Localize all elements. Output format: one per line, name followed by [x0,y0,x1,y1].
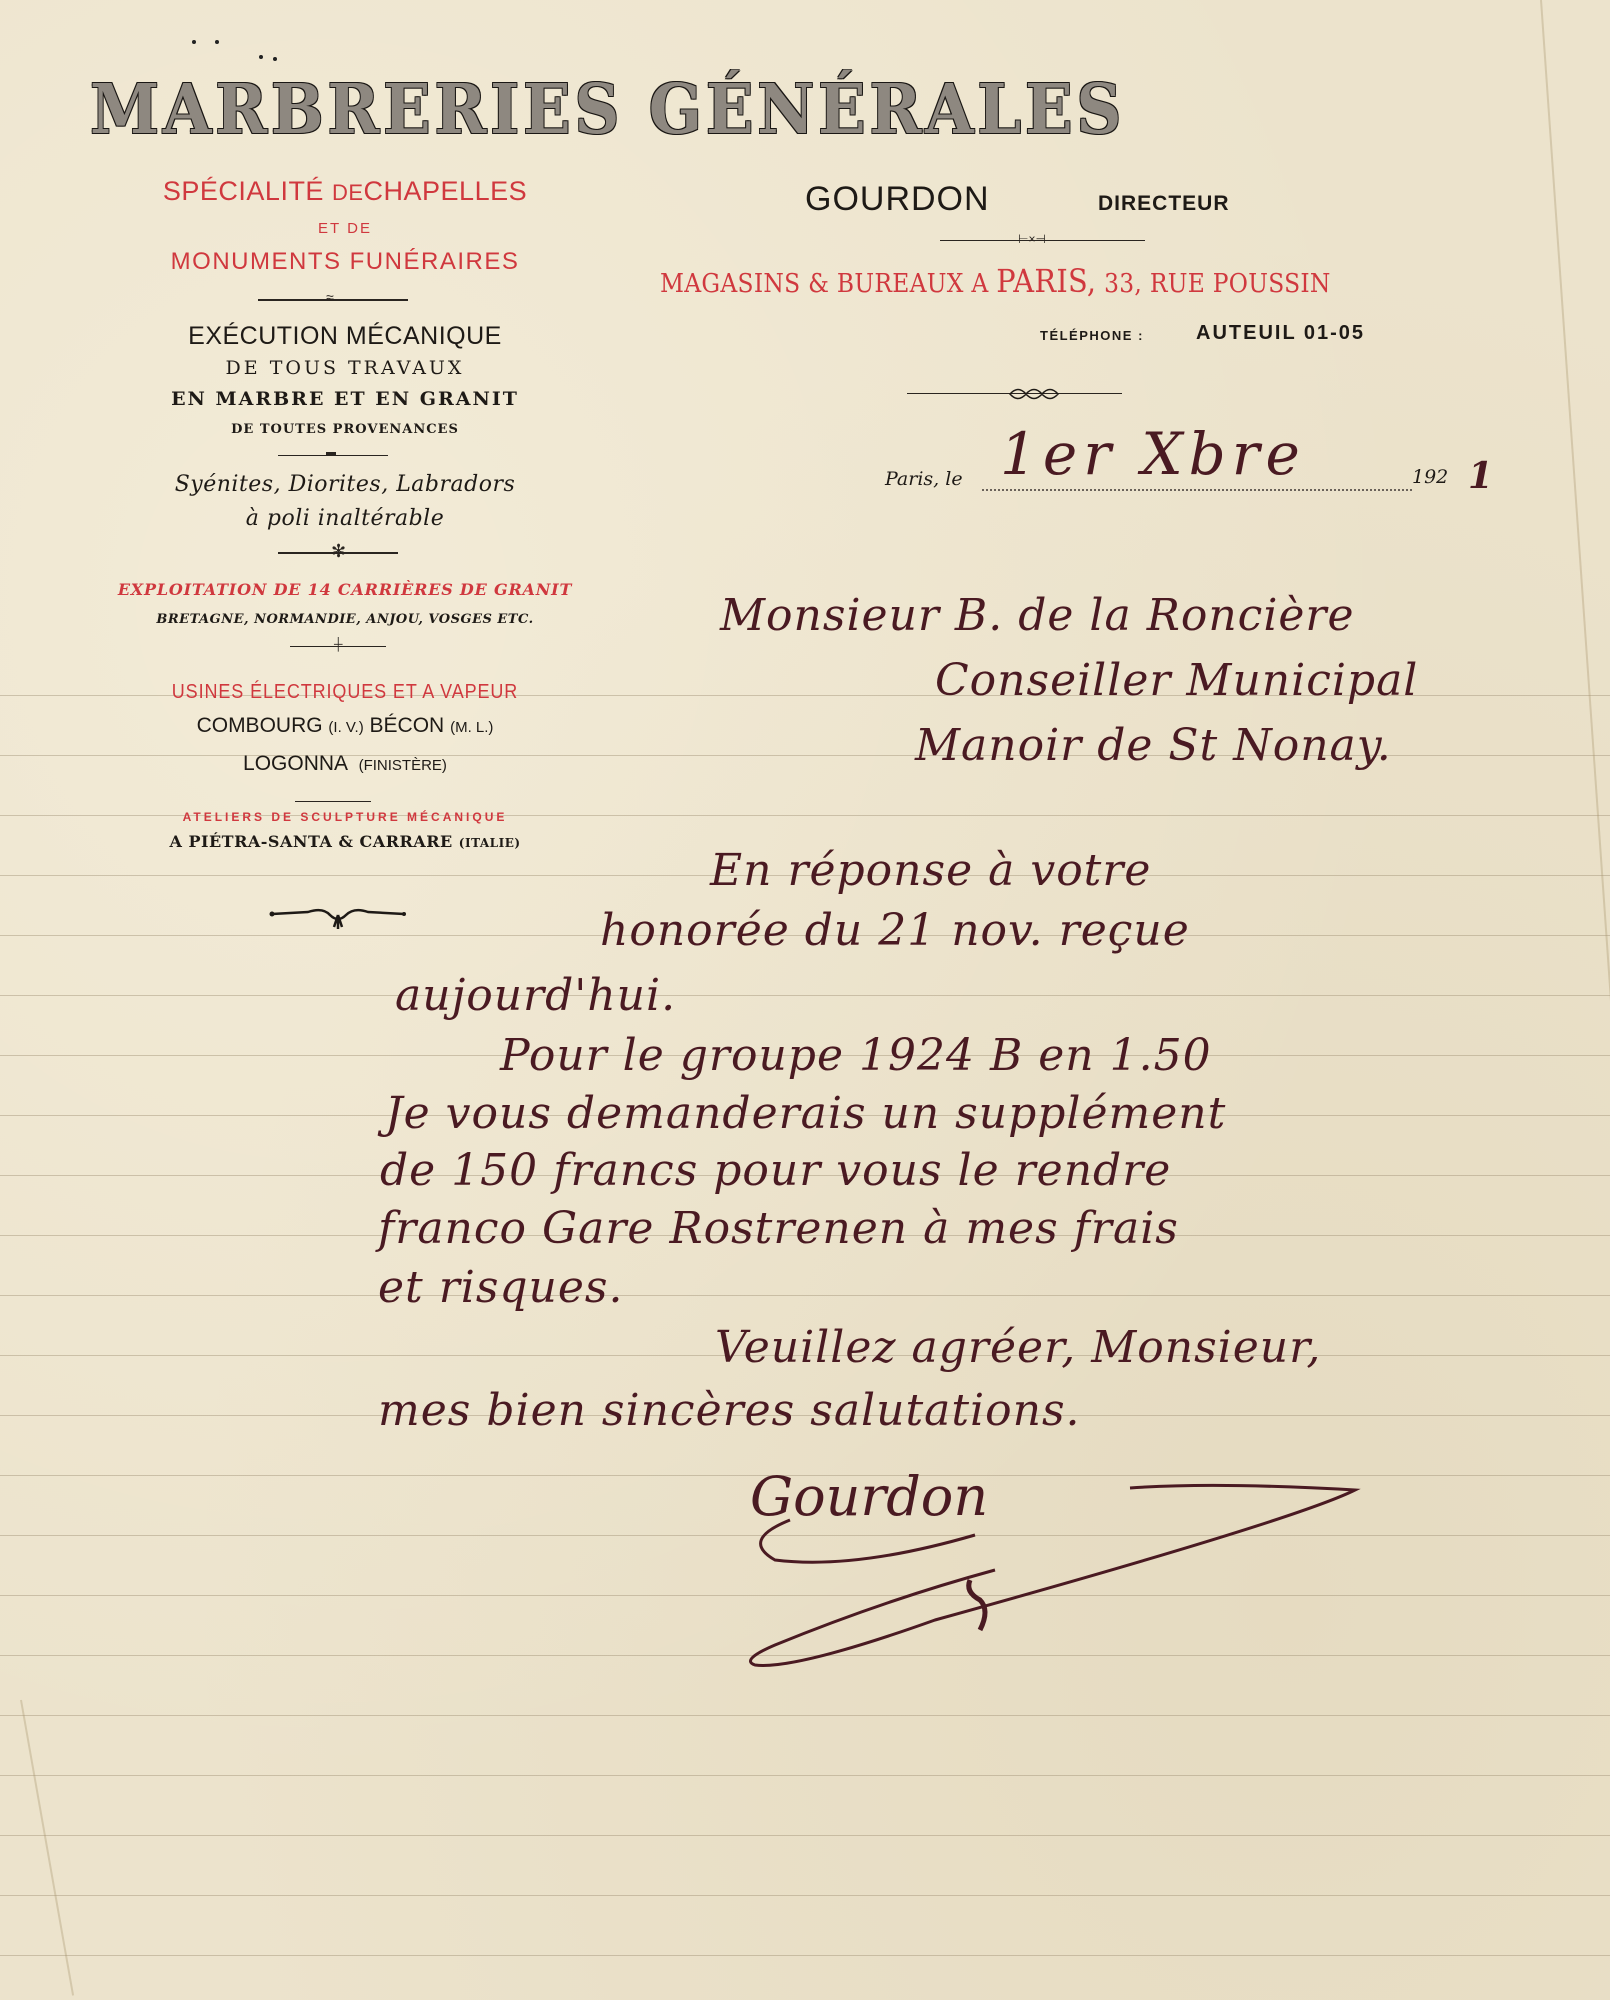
recipient-line: Monsieur B. de la Roncière [720,590,1355,641]
specialite-de: DE [332,180,364,205]
knot-ornament-icon [1008,385,1060,403]
date-year-printed: 192 [1412,466,1448,488]
et-de-line: ET DE [95,220,595,237]
syenites-line: Syénites, Diorites, Labradors [95,472,595,497]
address-city: PARIS, [996,262,1096,300]
combourg-line: COMBOURG (I. V.) BÉCON (M. L.) [95,714,595,738]
date-label: Paris, le [885,468,963,490]
date-handwritten: 1er Xbre [1000,420,1306,488]
poli-line: à poli inaltérable [95,506,595,531]
ateliers-line: ATELIERS DE SCULPTURE MÉCANIQUE [95,810,595,824]
tous-travaux-line: DE TOUS TRAVAUX [95,357,595,379]
becon-town: BÉCON [370,714,445,737]
monuments-line: MONUMENTS FUNÉRAIRES [95,248,595,276]
pietra-line: A PIÉTRA-SANTA & CARRARE (ITALIE) [95,832,595,851]
date-year-handwritten: 1 [1468,455,1493,497]
specialite-line: SPÉCIALITÉ DECHAPELLES [95,176,595,207]
marbre-granit-line: EN MARBRE ET EN GRANIT [95,388,595,410]
recipient-line: Conseiller Municipal [935,655,1418,706]
recipient-line: Manoir de St Nonay. [915,720,1392,771]
ornament-divider [295,801,371,802]
body-line: Je vous demanderais un supplément [385,1088,1226,1139]
body-line: honorée du 21 nov. reçue [600,905,1190,956]
becon-dept: (M. L.) [450,719,493,736]
asterisk-ornament-icon: ✻ [331,542,346,560]
exploitation-line: EXPLOITATION DE 14 CARRIÈRES DE GRANIT [95,580,595,599]
company-name: MARBRERIES GÉNÉRALES [90,70,1378,150]
ornament-mark-icon: ▬ [326,448,336,458]
address-street: 33, RUE POUSSIN [1104,269,1331,299]
telephone-value: AUTEUIL 01-05 [1196,322,1365,345]
cross-ornament-icon: ┼ [334,638,343,650]
logonna-dept: (FINISTÈRE) [359,757,447,774]
pietra-country: (ITALIE) [459,836,521,850]
logonna-town: LOGONNA [243,752,347,775]
address-prefix: MAGASINS & BUREAUX A [660,269,989,299]
body-line: mes bien sincères salutations. [378,1385,1081,1436]
logonna-line: LOGONNA (FINISTÈRE) [95,752,595,776]
execution-line: EXÉCUTION MÉCANIQUE [95,322,595,351]
date-dotted-line [982,489,1412,491]
provenances-line: DE TOUTES PROVENANCES [95,422,595,437]
body-line: Veuillez agréer, Monsieur, [715,1322,1321,1373]
body-line: aujourd'hui. [395,970,676,1021]
address-line: MAGASINS & BUREAUX A PARIS, 33, RUE POUS… [660,262,1331,300]
director-title: DIRECTEUR [1098,192,1230,216]
combourg-town: COMBOURG [197,714,323,737]
body-line: En réponse à votre [710,845,1151,896]
body-line: de 150 francs pour vous le rendre [380,1145,1171,1196]
specialite-chapelles: CHAPELLES [364,176,528,206]
flourish-ornament-icon [268,905,408,933]
specialite-word: SPÉCIALITÉ [163,176,324,206]
paper-fold [1540,0,1610,1995]
usines-line: USINES ÉLECTRIQUES ET A VAPEUR [120,681,570,704]
pietra-text: A PIÉTRA-SANTA & CARRARE [169,832,452,851]
body-line: Pour le groupe 1924 B en 1.50 [500,1030,1212,1081]
cross-ornament-icon: ⊢×⊣ [1018,233,1046,245]
ornament-mark-icon: ≈ [326,290,334,304]
regions-line: BRETAGNE, NORMANDIE, ANJOU, VOSGES ETC. [95,612,595,627]
paper-fold-left [20,1700,74,1996]
telephone-label: TÉLÉPHONE : [1040,328,1144,343]
body-line: franco Gare Rostrenen à mes frais [378,1203,1179,1254]
body-line: et risques. [378,1262,624,1313]
combourg-dept: (I. V.) [328,719,363,736]
signature: Gourdon [750,1465,988,1528]
director-name: GOURDON [805,180,990,219]
